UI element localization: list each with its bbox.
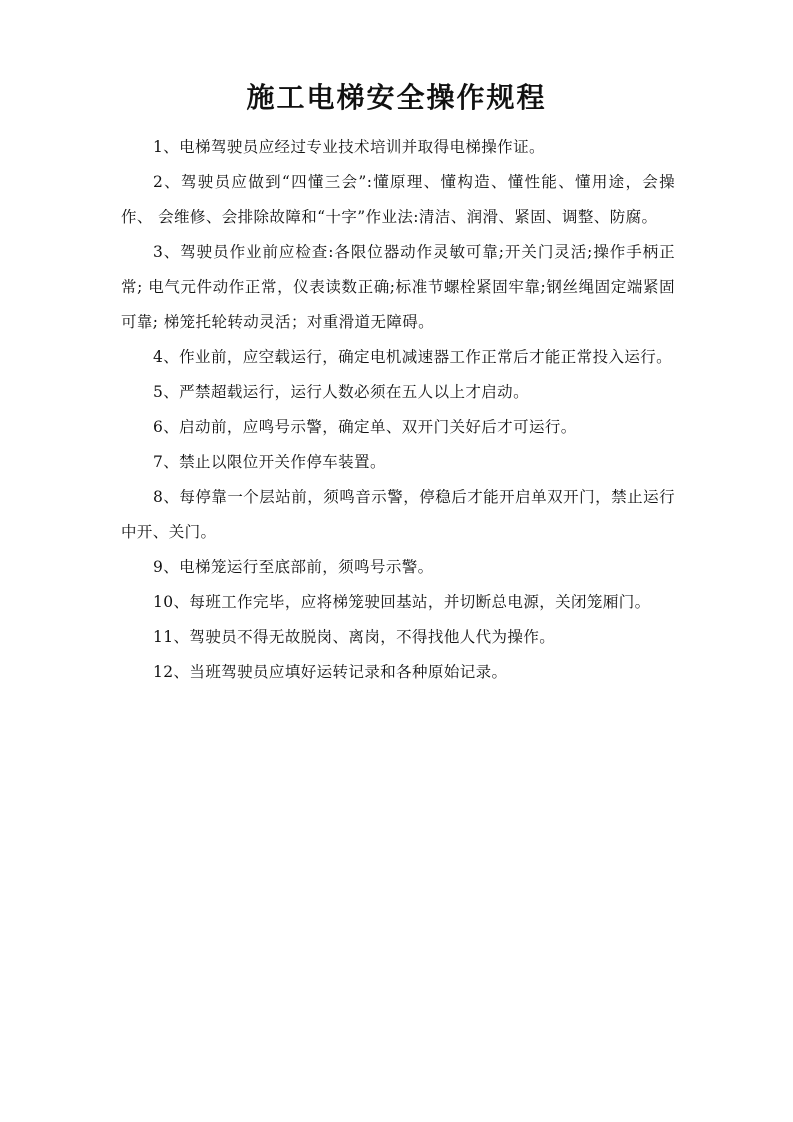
rule-paragraph-4: 4、作业前，应空载运行，确定电机减速器工作正常后才能正常投入运行。: [121, 340, 675, 375]
rule-paragraph-7: 7、禁止以限位开关作停车装置。: [121, 445, 675, 480]
document-title: 施工电梯安全操作规程: [0, 76, 793, 116]
document-body: 1、电梯驾驶员应经过专业技术培训并取得电梯操作证。 2、驾驶员应做到“四懂三会”…: [121, 130, 675, 690]
rule-paragraph-8: 8、每停靠一个层站前，须鸣音示警，停稳后才能开启单双开门，禁止运行 中开、关门。: [121, 480, 675, 550]
rule-paragraph-3: 3、驾驶员作业前应检查:各限位器动作灵敏可靠;开关门灵活;操作手柄正常; 电气元…: [121, 235, 675, 340]
rule-paragraph-1: 1、电梯驾驶员应经过专业技术培训并取得电梯操作证。: [121, 130, 675, 165]
rule-paragraph-5: 5、严禁超载运行，运行人数必须在五人以上才启动。: [121, 375, 675, 410]
rule-paragraph-6: 6、启动前，应鸣号示警，确定单、双开门关好后才可运行。: [121, 410, 675, 445]
rule-paragraph-11: 11、驾驶员不得无故脱岗、离岗，不得找他人代为操作。: [121, 620, 675, 655]
rule-paragraph-9: 9、电梯笼运行至底部前，须鸣号示警。: [121, 550, 675, 585]
rule-paragraph-10: 10、每班工作完毕，应将梯笼驶回基站，并切断总电源，关闭笼厢门。: [121, 585, 675, 620]
rule-paragraph-2: 2、驾驶员应做到“四懂三会”:懂原理、懂构造、懂性能、懂用途，会操作、 会维修、…: [121, 165, 675, 235]
rule-paragraph-12: 12、当班驾驶员应填好运转记录和各种原始记录。: [121, 655, 675, 690]
